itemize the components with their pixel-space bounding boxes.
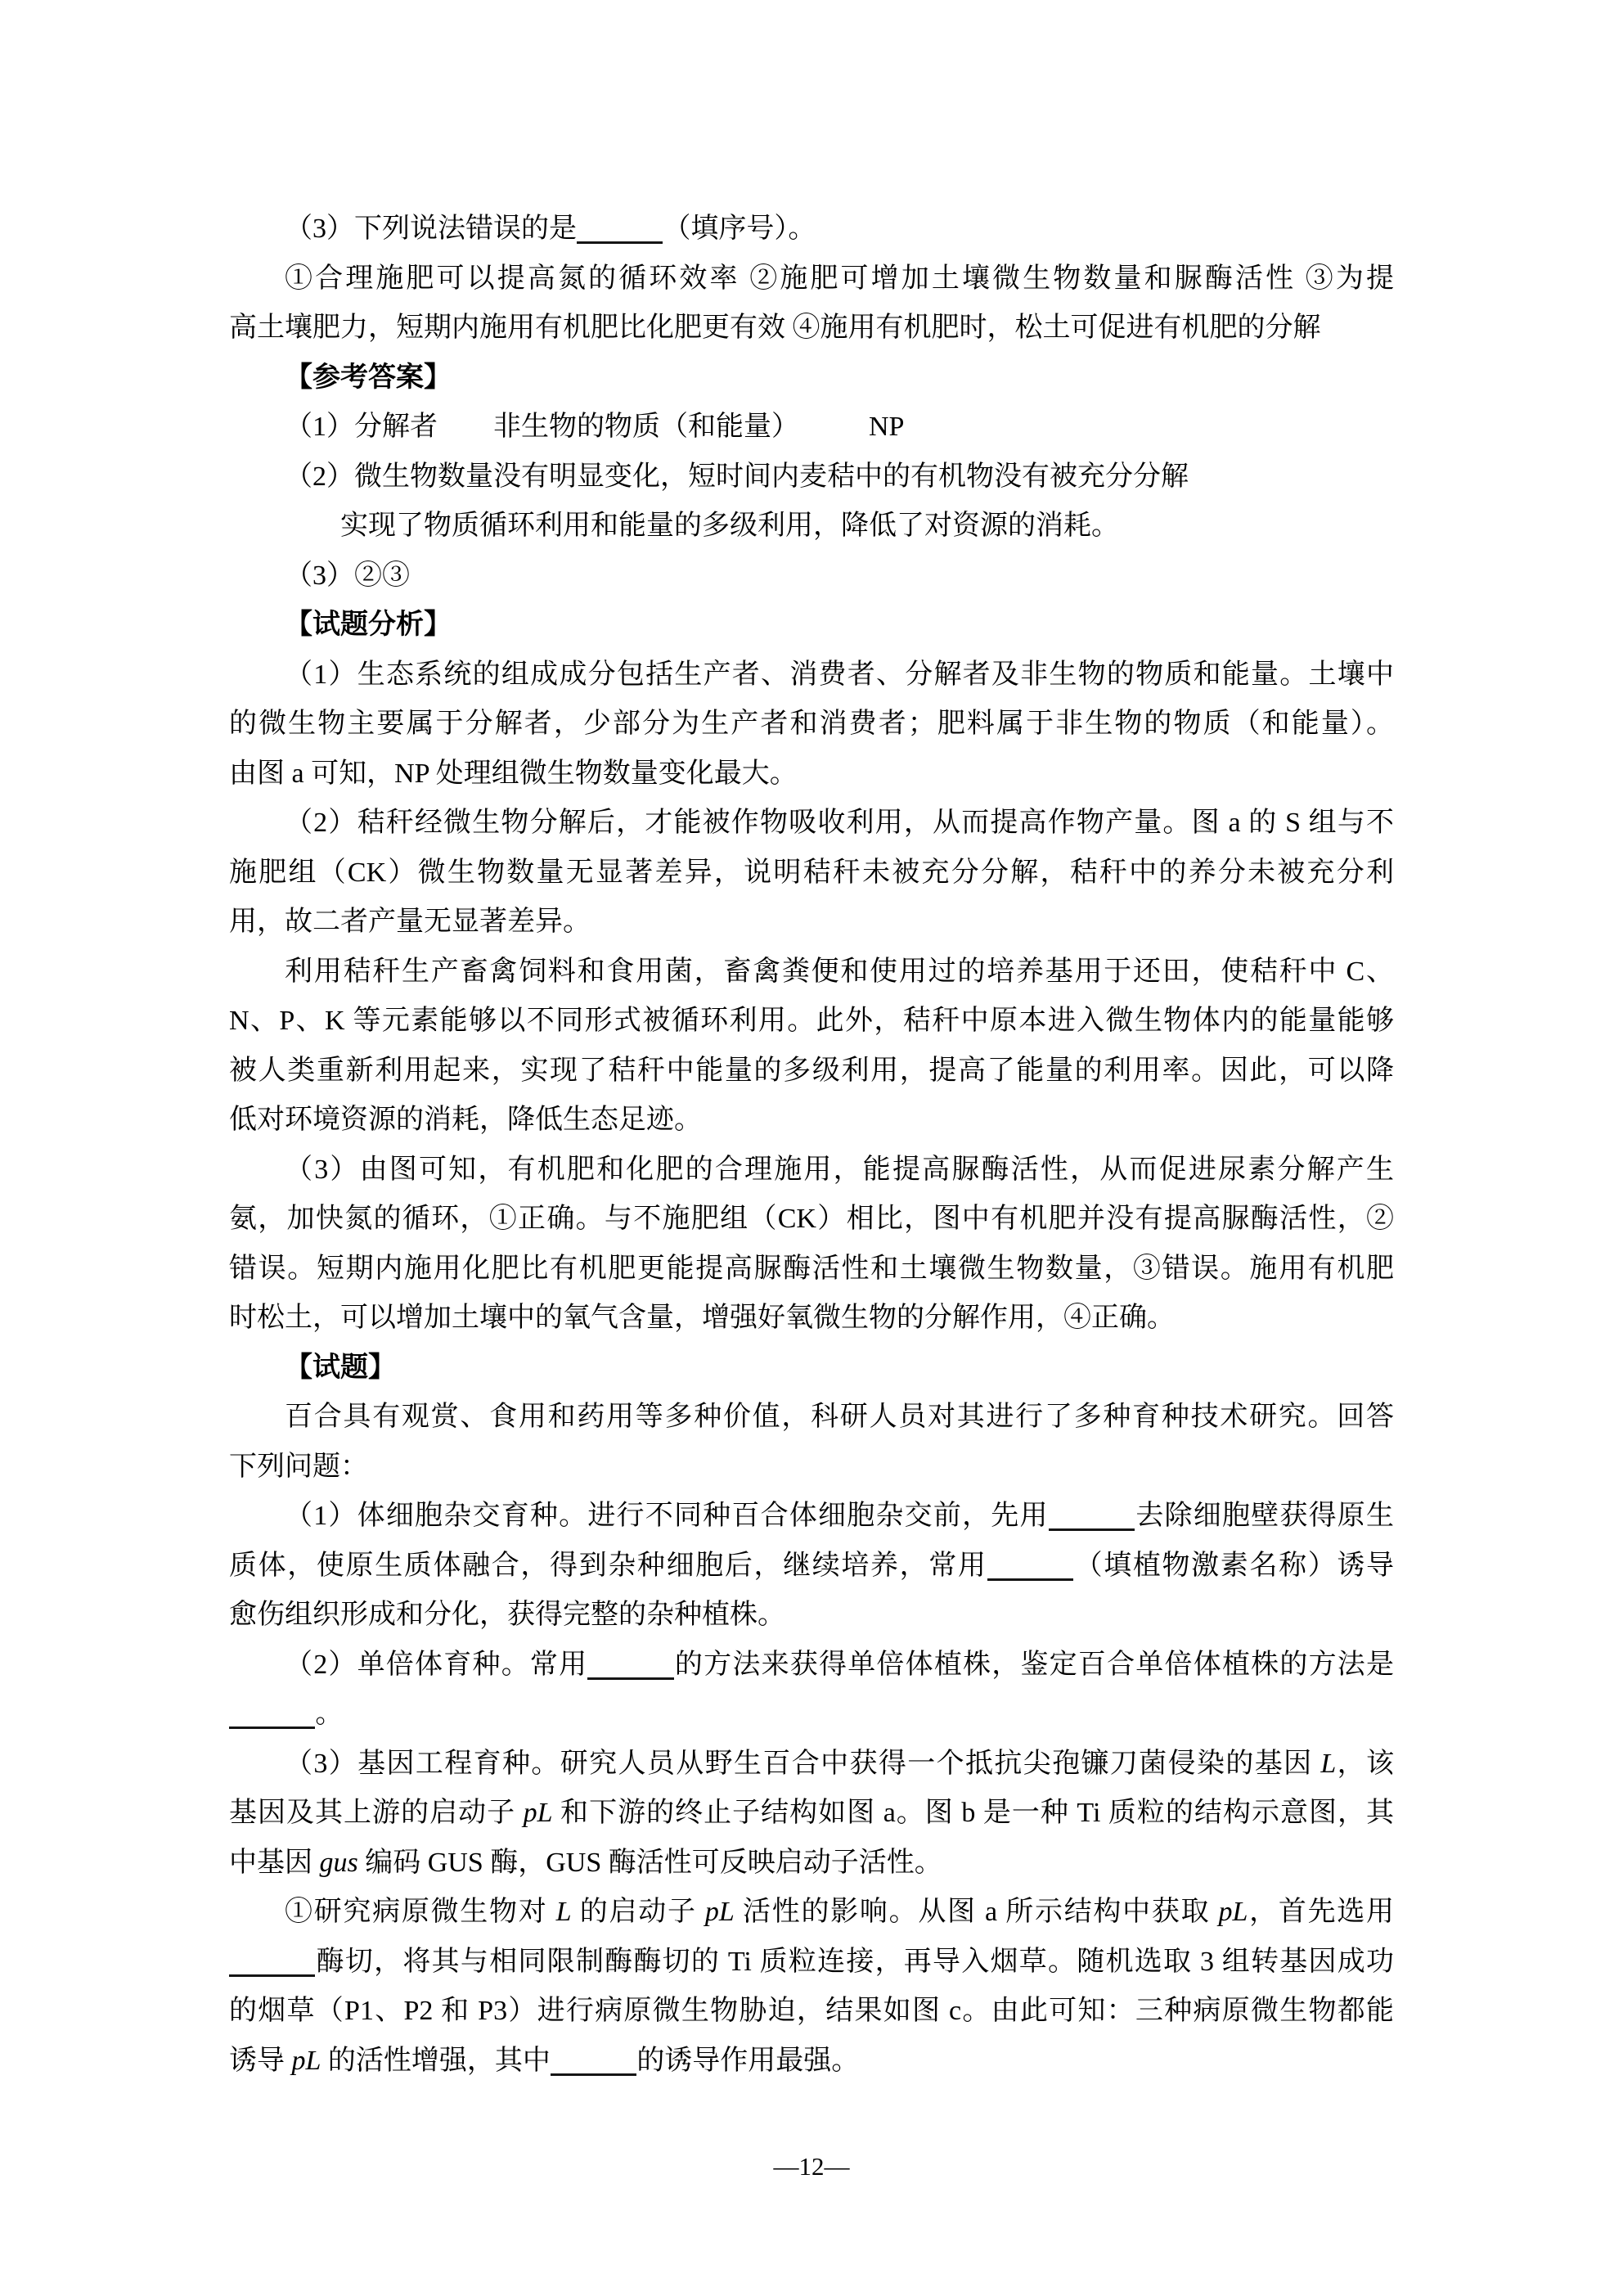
text-line: （1）分解者 非生物的物质（和能量） NP xyxy=(229,403,1394,452)
text-run: （填序号）。 xyxy=(663,214,816,244)
text-line: 由图 a 可知，NP 处理组微生物数量变化最大。 xyxy=(229,750,1394,799)
text-line: （2）秸秆经微生物分解后，才能被作物吸收利用，从而提高作物产量。图 a 的 S … xyxy=(229,799,1394,849)
text-run: 的诱导作用最强。 xyxy=(636,2046,859,2076)
text-run: ，首先选用 xyxy=(1248,1897,1394,1927)
text-line: （3）②③ xyxy=(229,551,1394,601)
text-run: 低对环境资源的消耗，降低生态足迹。 xyxy=(229,1105,702,1135)
text-run: 质体，使原生质体融合，得到杂种细胞后，继续培养，常用 xyxy=(229,1551,987,1581)
text-run: 的烟草（P1、P2 和 P3）进行病原微生物胁迫，结果如图 c。由此可知：三种病… xyxy=(229,1996,1394,2026)
text-line: 施肥组（CK）微生物数量无显著差异，说明秸秆未被充分分解，秸秆中的养分未被充分利 xyxy=(229,849,1394,898)
text-run: 的微生物主要属于分解者，少部分为生产者和消费者；肥料属于非生物的物质（和能量）。 xyxy=(229,709,1394,739)
fill-in-blank xyxy=(229,1727,315,1729)
text-line: 氨，加快氮的循环，①正确。与不施肥组（CK）相比，图中有机肥并没有提高脲酶活性，… xyxy=(229,1195,1394,1245)
text-run: 氨，加快氮的循环，①正确。与不施肥组（CK）相比，图中有机肥并没有提高脲酶活性，… xyxy=(229,1204,1394,1234)
text-run: 利用秸秆生产畜禽饲料和食用菌，畜禽粪便和使用过的培养基用于还田，使秸秆中 C、 xyxy=(285,957,1394,987)
text-run: 的活性增强，其中 xyxy=(321,2046,551,2076)
text-line: 利用秸秆生产畜禽饲料和食用菌，畜禽粪便和使用过的培养基用于还田，使秸秆中 C、 xyxy=(229,948,1394,997)
text-line: （2）单倍体育种。常用的方法来获得单倍体植株，鉴定百合单倍体植株的方法是 xyxy=(229,1641,1394,1690)
text-line: 的微生物主要属于分解者，少部分为生产者和消费者；肥料属于非生物的物质（和能量）。 xyxy=(229,700,1394,750)
text-line: 中基因 gus 编码 GUS 酶，GUS 酶活性可反映启动子活性。 xyxy=(229,1839,1394,1889)
fill-in-blank xyxy=(551,2073,636,2076)
text-run: （3）基因工程育种。研究人员从野生百合中获得一个抵抗尖孢镰刀菌侵染的基因 xyxy=(285,1749,1320,1779)
text-run: （1）分解者 非生物的物质（和能量） NP xyxy=(285,412,904,442)
text-run: pL xyxy=(705,1897,735,1927)
text-run: 诱导 xyxy=(229,2046,292,2076)
fill-in-blank xyxy=(229,1974,315,1977)
text-run: 高土壤肥力，短期内施用有机肥比化肥更有效 ④施用有机肥时，松土可促进有机肥的分解 xyxy=(229,313,1321,343)
text-run: 中基因 xyxy=(229,1848,320,1878)
text-run: （2）单倍体育种。常用 xyxy=(285,1650,587,1680)
text-run: 的方法来获得单倍体植株，鉴定百合单倍体植株的方法是 xyxy=(674,1650,1394,1680)
text-run: 百合具有观赏、食用和药用等多种价值，科研人员对其进行了多种育种技术研究。回答 xyxy=(285,1402,1394,1432)
page-number: —12— xyxy=(0,2150,1623,2183)
text-run: 【试题】 xyxy=(285,1353,396,1383)
text-line: （2）微生物数量没有明显变化，短时间内麦秸中的有机物没有被充分分解 xyxy=(229,452,1394,502)
document-page: （3）下列说法错误的是（填序号）。①合理施肥可以提高氮的循环效率 ②施肥可增加土… xyxy=(0,0,1623,2296)
text-line: 实现了物质循环利用和能量的多级利用，降低了对资源的消耗。 xyxy=(229,502,1394,551)
text-run: 时松土，可以增加土壤中的氧气含量，增强好氧微生物的分解作用，④正确。 xyxy=(229,1303,1175,1333)
text-run: L xyxy=(1320,1749,1336,1779)
text-run: ，该 xyxy=(1336,1749,1394,1779)
text-run: 下列问题： xyxy=(229,1452,368,1482)
text-run: 实现了物质循环利用和能量的多级利用，降低了对资源的消耗。 xyxy=(340,511,1119,541)
text-run: 施肥组（CK）微生物数量无显著差异，说明秸秆未被充分分解，秸秆中的养分未被充分利 xyxy=(229,858,1394,888)
text-line: 时松土，可以增加土壤中的氧气含量，增强好氧微生物的分解作用，④正确。 xyxy=(229,1294,1394,1344)
text-line: （3）下列说法错误的是（填序号）。 xyxy=(229,205,1394,254)
text-run: pL xyxy=(524,1798,553,1828)
text-run: 去除细胞壁获得原生 xyxy=(1135,1501,1394,1531)
fill-in-blank xyxy=(587,1677,673,1680)
text-run: pL xyxy=(292,2046,321,2076)
text-run: 。 xyxy=(315,1699,343,1729)
text-line: 【试题分析】 xyxy=(229,601,1394,651)
text-run: 酶切，将其与相同限制酶酶切的 Ti 质粒连接，再导入烟草。随机选取 3 组转基因… xyxy=(315,1947,1394,1977)
fill-in-blank xyxy=(987,1578,1073,1581)
text-run: 【参考答案】 xyxy=(285,362,452,393)
text-line: 基因及其上游的启动子 pL 和下游的终止子结构如图 a。图 b 是一种 Ti 质… xyxy=(229,1789,1394,1839)
text-line: 错误。短期内施用化肥比有机肥更能提高脲酶活性和土壤微生物数量，③错误。施用有机肥 xyxy=(229,1245,1394,1294)
text-run: （3）下列说法错误的是 xyxy=(285,214,577,244)
text-line: （3）由图可知，有机肥和化肥的合理施用，能提高脲酶活性，从而促进尿素分解产生 xyxy=(229,1146,1394,1195)
text-line: 被人类重新利用起来，实现了秸秆中能量的多级利用，提高了能量的利用率。因此，可以降 xyxy=(229,1047,1394,1096)
text-run: （2）微生物数量没有明显变化，短时间内麦秸中的有机物没有被充分分解 xyxy=(285,461,1189,492)
text-line: （3）基因工程育种。研究人员从野生百合中获得一个抵抗尖孢镰刀菌侵染的基因 L，该 xyxy=(229,1740,1394,1790)
text-line: （1）生态系统的组成成分包括生产者、消费者、分解者及非生物的物质和能量。土壤中 xyxy=(229,651,1394,700)
text-run: ①研究病原微生物对 xyxy=(285,1897,556,1927)
text-line: 。 xyxy=(229,1690,1394,1740)
text-line: 低对环境资源的消耗，降低生态足迹。 xyxy=(229,1096,1394,1146)
text-line: 下列问题： xyxy=(229,1443,1394,1492)
text-line: 百合具有观赏、食用和药用等多种价值，科研人员对其进行了多种育种技术研究。回答 xyxy=(229,1393,1394,1443)
text-line: ①研究病原微生物对 L 的启动子 pL 活性的影响。从图 a 所示结构中获取 p… xyxy=(229,1888,1394,1938)
text-block: （3）下列说法错误的是（填序号）。①合理施肥可以提高氮的循环效率 ②施肥可增加土… xyxy=(229,205,1394,2086)
text-line: 的烟草（P1、P2 和 P3）进行病原微生物胁迫，结果如图 c。由此可知：三种病… xyxy=(229,1987,1394,2037)
text-line: 愈伤组织形成和分化，获得完整的杂种植株。 xyxy=(229,1591,1394,1641)
text-run: 【试题分析】 xyxy=(285,610,452,640)
text-run: pL xyxy=(1219,1897,1248,1927)
text-line: 用，故二者产量无显著差异。 xyxy=(229,898,1394,948)
text-run: 被人类重新利用起来，实现了秸秆中能量的多级利用，提高了能量的利用率。因此，可以降 xyxy=(229,1056,1394,1086)
text-run: 错误。短期内施用化肥比有机肥更能提高脲酶活性和土壤微生物数量，③错误。施用有机肥 xyxy=(229,1254,1394,1284)
text-line: ①合理施肥可以提高氮的循环效率 ②施肥可增加土壤微生物数量和脲酶活性 ③为提 xyxy=(229,254,1394,304)
text-run: （3）②③ xyxy=(285,560,410,591)
text-run: 和下游的终止子结构如图 a。图 b 是一种 Ti 质粒的结构示意图，其 xyxy=(553,1798,1394,1828)
text-run: gus xyxy=(320,1848,358,1878)
text-run: L xyxy=(556,1897,572,1927)
text-run: （3）由图可知，有机肥和化肥的合理施用，能提高脲酶活性，从而促进尿素分解产生 xyxy=(285,1155,1394,1185)
text-run: 编码 GUS 酶，GUS 酶活性可反映启动子活性。 xyxy=(358,1848,942,1878)
text-line: 酶切，将其与相同限制酶酶切的 Ti 质粒连接，再导入烟草。随机选取 3 组转基因… xyxy=(229,1938,1394,1988)
text-run: （1）生态系统的组成成分包括生产者、消费者、分解者及非生物的物质和能量。土壤中 xyxy=(285,660,1394,690)
text-line: 质体，使原生质体融合，得到杂种细胞后，继续培养，常用（填植物激素名称）诱导 xyxy=(229,1542,1394,1591)
text-line: 【试题】 xyxy=(229,1344,1394,1393)
text-run: （2）秸秆经微生物分解后，才能被作物吸收利用，从而提高作物产量。图 a 的 S … xyxy=(285,808,1394,838)
text-line: （1）体细胞杂交育种。进行不同种百合体细胞杂交前，先用去除细胞壁获得原生 xyxy=(229,1492,1394,1542)
text-run: 愈伤组织形成和分化，获得完整的杂种植株。 xyxy=(229,1600,785,1630)
text-line: 诱导 pL 的活性增强，其中的诱导作用最强。 xyxy=(229,2037,1394,2087)
text-run: （1）体细胞杂交育种。进行不同种百合体细胞杂交前，先用 xyxy=(285,1501,1049,1531)
text-run: 基因及其上游的启动子 xyxy=(229,1798,524,1828)
text-run: 由图 a 可知，NP 处理组微生物数量变化最大。 xyxy=(229,759,798,789)
text-run: 的启动子 xyxy=(572,1897,705,1927)
text-run: （填植物激素名称）诱导 xyxy=(1073,1551,1394,1581)
text-run: 用，故二者产量无显著差异。 xyxy=(229,907,591,937)
text-run: N、P、K 等元素能够以不同形式被循环利用。此外，秸秆中原本进入微生物体内的能量… xyxy=(229,1006,1394,1036)
text-line: 【参考答案】 xyxy=(229,353,1394,403)
text-line: 高土壤肥力，短期内施用有机肥比化肥更有效 ④施用有机肥时，松土可促进有机肥的分解 xyxy=(229,304,1394,353)
text-line: N、P、K 等元素能够以不同形式被循环利用。此外，秸秆中原本进入微生物体内的能量… xyxy=(229,997,1394,1047)
fill-in-blank xyxy=(1049,1528,1135,1531)
text-run: ①合理施肥可以提高氮的循环效率 ②施肥可增加土壤微生物数量和脲酶活性 ③为提 xyxy=(285,263,1394,294)
text-run: 活性的影响。从图 a 所示结构中获取 xyxy=(735,1897,1219,1927)
fill-in-blank xyxy=(577,241,663,244)
